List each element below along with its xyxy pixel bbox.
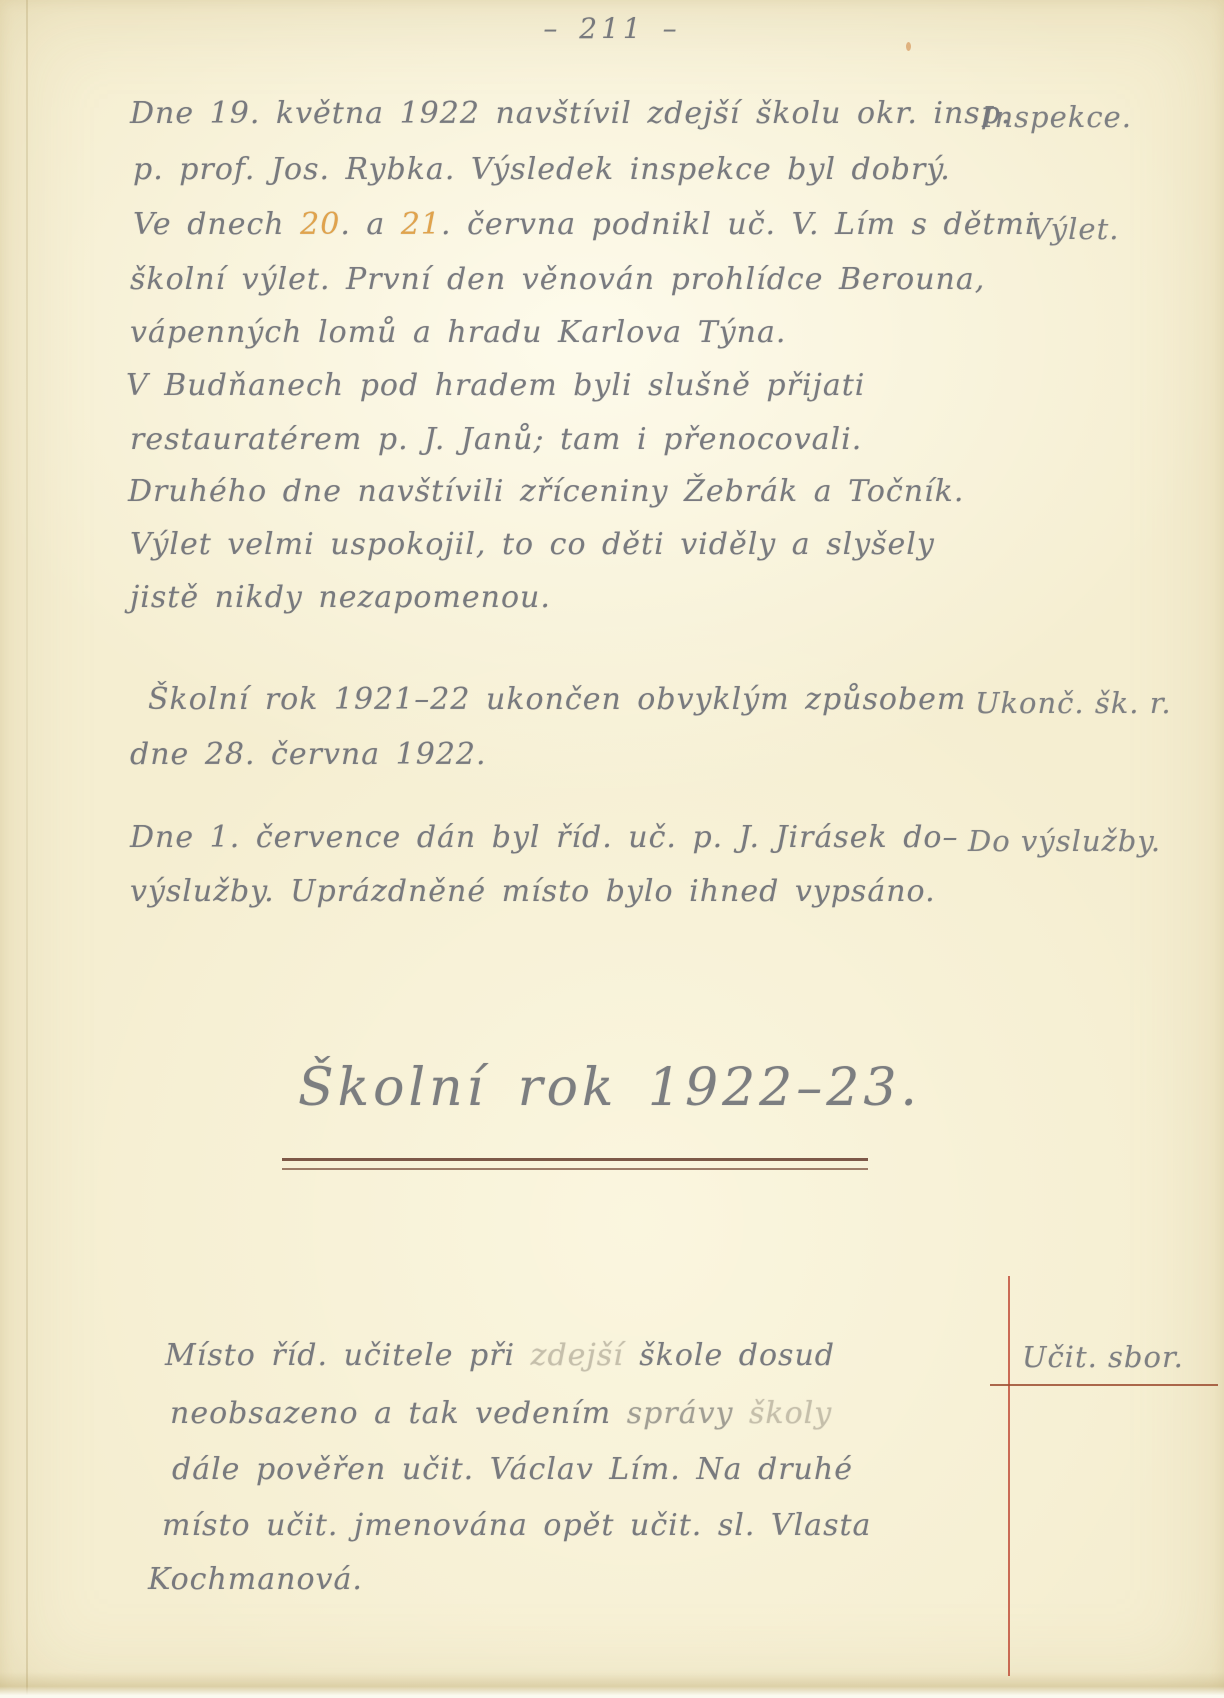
red-margin-rule <box>1008 1276 1010 1676</box>
trip-line-1-prefix: Ve dnech <box>133 207 300 242</box>
trip-line-4: V Budňanech pod hradem byli slušně přija… <box>126 368 865 403</box>
year-end-line-2: dne 28. června 1922. <box>130 737 487 772</box>
margin-note-staff: Učit. sbor. <box>1022 1340 1184 1374</box>
staff-note-underline <box>990 1384 1218 1386</box>
trip-line-1-mid: . a <box>340 207 401 242</box>
staff-line-2-light-word: správy <box>627 1396 749 1431</box>
staff-line-2-faint-word: školy <box>749 1396 832 1431</box>
page-bottom-edge <box>0 1672 1224 1698</box>
margin-note-inspection: Inspekce. <box>982 100 1132 134</box>
trip-line-1-suffix: . června podnikl uč. V. Lím s dětmi <box>441 207 1036 242</box>
page-number: – 211 – <box>0 12 1224 45</box>
page-crease <box>26 0 28 1698</box>
trip-day-21: 21 <box>401 207 441 242</box>
inspection-line-1: Dne 19. května 1922 navštívil zdejší ško… <box>130 96 1011 131</box>
trip-line-6: Druhého dne navštívili zříceniny Žebrák … <box>128 474 964 509</box>
margin-note-year-end: Ukonč. šk. r. <box>975 686 1172 720</box>
section-heading-1922-23: Školní rok 1922–23. <box>298 1058 921 1118</box>
year-end-line-1: Školní rok 1921–22 ukončen obvyklým způs… <box>148 682 966 717</box>
staff-line-2-prefix: neobsazeno a tak vedením <box>170 1396 627 1431</box>
margin-note-retirement: Do výslužby. <box>968 824 1161 858</box>
retirement-line-1: Dne 1. července dán byl říd. uč. p. J. J… <box>130 820 959 855</box>
staff-line-5: Kochmanová. <box>148 1562 363 1597</box>
retirement-line-2: výslužby. Uprázdněné místo bylo ihned vy… <box>130 874 936 909</box>
trip-line-8: jistě nikdy nezapomenou. <box>130 580 551 615</box>
trip-line-7: Výlet velmi uspokojil, to co děti viděly… <box>130 527 935 562</box>
trip-line-3: vápenných lomů a hradu Karlova Týna. <box>130 315 786 350</box>
staff-line-1-faint-word: zdejší <box>531 1338 624 1373</box>
staff-line-2: neobsazeno a tak vedením správy školy <box>170 1396 832 1431</box>
staff-line-1-suffix: škole dosud <box>624 1338 835 1373</box>
trip-line-1: Ve dnech 20. a 21. června podnikl uč. V.… <box>133 207 1036 242</box>
trip-line-2: školní výlet. První den věnován prohlídc… <box>130 262 985 297</box>
trip-day-20: 20 <box>300 207 340 242</box>
staff-line-3: dále pověřen učit. Václav Lím. Na druhé <box>172 1452 853 1487</box>
margin-note-trip: Výlet. <box>1030 212 1119 246</box>
staff-line-1: Místo říd. učitele při zdejší škole dosu… <box>165 1338 835 1373</box>
trip-line-5: restauratérem p. J. Janů; tam i přenocov… <box>130 422 862 457</box>
heading-underline <box>282 1158 868 1170</box>
staff-line-1-prefix: Místo říd. učitele při <box>165 1338 531 1373</box>
chronicle-page: – 211 – Dne 19. května 1922 navštívil zd… <box>0 0 1224 1698</box>
staff-line-4: místo učit. jmenována opět učit. sl. Vla… <box>162 1508 871 1543</box>
inspection-line-2: p. prof. Jos. Rybka. Výsledek inspekce b… <box>133 152 951 187</box>
